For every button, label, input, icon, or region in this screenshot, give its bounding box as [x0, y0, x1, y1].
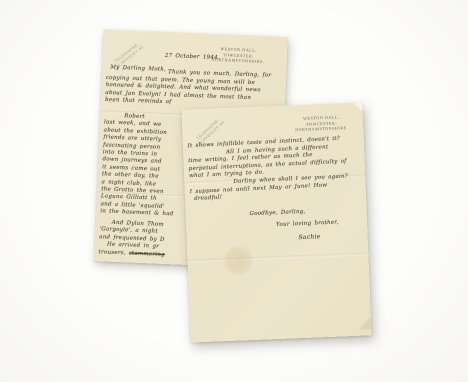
folded-corner-bottom-right: [358, 316, 372, 330]
folded-corner-top-right: [353, 102, 362, 111]
letter-date: 27 October 1944.: [165, 53, 220, 63]
paragraph-1: Thank you so much, Darling, for copying …: [105, 67, 271, 111]
paragraph-2: Robert last week, and we about the exhib…: [100, 112, 178, 219]
fold-crease: [187, 252, 368, 262]
letter-page-2: TELEPHONE: BLAKESLEY 43 WESTON HALL, TOW…: [181, 102, 371, 342]
closing-goodbye: Goodbye, Darling,: [250, 209, 306, 219]
struck-out-word: stammering: [129, 250, 165, 258]
signature-sachie: Sachie: [298, 233, 320, 241]
handwritten-fragment: trousers,: [98, 249, 129, 256]
handwritten-line-with-strikethrough: trousers, stammering: [98, 249, 165, 259]
handwritten-line: in the basement & had: [100, 209, 174, 219]
paper-stain: [223, 245, 254, 276]
printed-letterhead: WESTON HALL, TOWCESTER, NORTHAMPTONSHIRE…: [274, 113, 370, 133]
closing-your-loving: Your loving brother,: [276, 220, 339, 230]
photograph-of-two-letters: TELEPHONE: BLAKESLEY 43 WESTON HALL, TOW…: [0, 0, 468, 382]
paragraph-3: And Dylan Thom 'Gargoyle', a night and f…: [98, 219, 166, 259]
letter-body: It shows infallible taste and instinct, …: [187, 135, 349, 203]
